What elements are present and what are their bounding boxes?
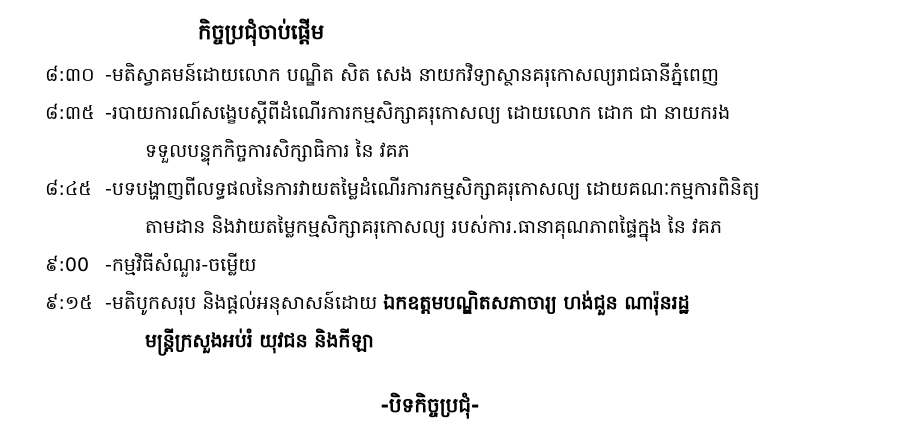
- agenda-text: -មតិបូកសរុប និងផ្ដល់អនុសាសន៍ដោយ ឯកឧត្តមប…: [105, 284, 900, 322]
- agenda-row: ៨:៣០ -មតិស្វាគមន៍ដោយលោក បណ្ឌិត សិត សេង ន…: [0, 56, 900, 94]
- agenda-text-bold: មន្ត្រីក្រសួងអប់រំ យុវជន និងកីឡា: [145, 330, 374, 352]
- agenda-text: -មតិស្វាគមន៍ដោយលោក បណ្ឌិត សិត សេង នាយកវិ…: [105, 56, 900, 94]
- agenda-row: មន្ត្រីក្រសួងអប់រំ យុវជន និងកីឡា: [0, 322, 900, 360]
- agenda-text: -កម្មវិធីសំណួរ-ចម្លើយ: [105, 246, 900, 284]
- agenda-row: ៩:១៥ -មតិបូកសរុប និងផ្ដល់អនុសាសន៍ដោយ ឯកឧ…: [0, 284, 900, 322]
- agenda-time: ៨:៤៥: [45, 170, 105, 208]
- agenda-row: ៩:00 -កម្មវិធីសំណួរ-ចម្លើយ: [0, 246, 900, 284]
- agenda-text-normal: ទទួលបន្ទុកកិច្ចការសិក្សាធិការ នៃ វគភ: [145, 140, 410, 162]
- agenda-row: ទទួលបន្ទុកកិច្ចការសិក្សាធិការ នៃ វគភ: [0, 132, 900, 170]
- agenda-text-normal: តាមដាន និងវាយតម្លៃកម្មសិក្សាគរុកោសល្យ រប…: [145, 216, 722, 238]
- agenda-text: -បទបង្ហាញពីលទ្ធផលនៃការវាយតម្លៃដំណើរការកម…: [105, 170, 900, 208]
- agenda-text-normal: -បទបង្ហាញពីលទ្ធផលនៃការវាយតម្លៃដំណើរការកម…: [105, 178, 760, 200]
- agenda-text: មន្ត្រីក្រសួងអប់រំ យុវជន និងកីឡា: [105, 322, 900, 360]
- agenda-text: ទទួលបន្ទុកកិច្ចការសិក្សាធិការ នៃ វគភ: [105, 132, 900, 170]
- agenda-row: ៨:៣៥ -របាយការណ៍សង្ខេបស្ដីពីដំណើរការកម្មស…: [0, 94, 900, 132]
- agenda-document-page: កិច្ចប្រជុំចាប់ផ្ដើម ៨:៣០ -មតិស្វាគមន៍ដោ…: [0, 0, 900, 446]
- agenda-time: ៩:00: [45, 246, 105, 284]
- agenda-list: ៨:៣០ -មតិស្វាគមន៍ដោយលោក បណ្ឌិត សិត សេង ន…: [0, 56, 900, 360]
- agenda-text-normal: -មតិស្វាគមន៍ដោយលោក បណ្ឌិត សិត សេង នាយកវិ…: [105, 64, 719, 86]
- agenda-text-normal: -មតិបូកសរុប និងផ្ដល់អនុសាសន៍ដោយ: [105, 292, 383, 314]
- agenda-text: -របាយការណ៍សង្ខេបស្ដីពីដំណើរការកម្មសិក្សា…: [105, 94, 900, 132]
- agenda-time: ៨:៣៥: [45, 94, 105, 132]
- agenda-row: តាមដាន និងវាយតម្លៃកម្មសិក្សាគរុកោសល្យ រប…: [0, 208, 900, 246]
- document-title: កិច្ចប្រជុំចាប់ផ្ដើម: [0, 0, 900, 48]
- agenda-time: ៨:៣០: [45, 56, 105, 94]
- agenda-row: ៨:៤៥ -បទបង្ហាញពីលទ្ធផលនៃការវាយតម្លៃដំណើរ…: [0, 170, 900, 208]
- agenda-text-normal: -កម្មវិធីសំណួរ-ចម្លើយ: [105, 254, 256, 276]
- agenda-text-bold: ឯកឧត្តមបណ្ឌិតសភាចារ្យ ហង់ជួន ណារ៉ុនរដ្ឋ: [383, 292, 690, 314]
- agenda-text: តាមដាន និងវាយតម្លៃកម្មសិក្សាគរុកោសល្យ រប…: [105, 208, 900, 246]
- agenda-text-normal: -របាយការណ៍សង្ខេបស្ដីពីដំណើរការកម្មសិក្សា…: [105, 102, 730, 124]
- closing-line: -បិទកិច្ចប្រជុំ-: [0, 390, 860, 420]
- agenda-time: ៩:១៥: [45, 284, 105, 322]
